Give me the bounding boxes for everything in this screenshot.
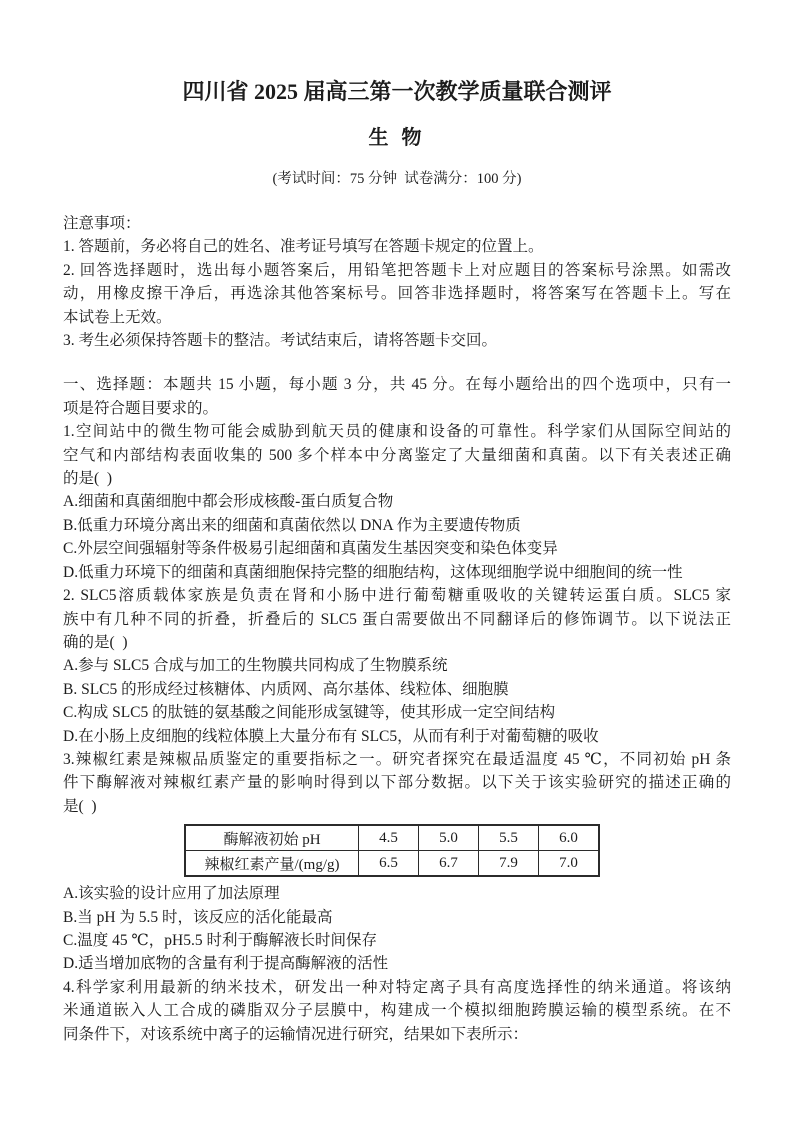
notice-item-1: 1. 答题前，务必将自己的姓名、准考证号填写在答题卡规定的位置上。 [63, 235, 731, 258]
notice-item-2-line-2: 动，用橡皮擦干净后，再选涂其他答案标号。回答非选择题时，将答案写在答题卡上。写在 [63, 282, 731, 305]
page-title: 四川省 2025 届高三第一次教学质量联合测评 [63, 78, 731, 105]
question-3-stem-line-1: 3.辣椒红素是辣椒品质鉴定的重要指标之一。研究者探究在最适温度 45 ℃，不同初… [63, 748, 731, 771]
question-1: 1.空间站中的微生物可能会威胁到航天员的健康和设备的可靠性。科学家们从国际空间站… [63, 420, 731, 584]
notice-item-2-line-3: 本试卷上无效。 [63, 306, 731, 329]
question-1-option-c: C.外层空间强辐射等条件极易引起细菌和真菌发生基因突变和染色体变异 [63, 537, 731, 560]
table-cell: 6.0 [539, 825, 600, 851]
exam-paper-page: 四川省 2025 届高三第一次教学质量联合测评 生 物 (考试时间：75 分钟 … [0, 0, 793, 1121]
section-heading-line-1: 一、选择题：本题共 15 小题，每小题 3 分，共 45 分。在每小题给出的四个… [63, 373, 731, 396]
question-2-stem-line-1: 2. SLC5溶质载体家族是负责在肾和小肠中进行葡萄糖重吸收的关键转运蛋白质。S… [63, 584, 731, 607]
question-2-option-a: A.参与 SLC5 合成与加工的生物膜共同构成了生物膜系统 [63, 654, 731, 677]
question-2-option-c: C.构成 SLC5 的肽链的氨基酸之间能形成氢键等，使其形成一定空间结构 [63, 701, 731, 724]
table-cell: 7.0 [539, 851, 600, 877]
exam-info: (考试时间：75 分钟 试卷满分：100 分) [63, 169, 731, 189]
section-heading-line-2: 项是符合题目要求的。 [63, 397, 731, 420]
question-3: 3.辣椒红素是辣椒品质鉴定的重要指标之一。研究者探究在最适温度 45 ℃，不同初… [63, 748, 731, 976]
ph-yield-data-table: 酶解液初始 pH 4.5 5.0 5.5 6.0 辣椒红素产量/(mg/g) 6… [184, 824, 600, 877]
question-3-option-a: A.该实验的设计应用了加法原理 [63, 882, 731, 905]
question-3-stem-line-2: 件下酶解液对辣椒红素产量的影响时得到以下部分数据。以下关于该实验研究的描述正确的 [63, 771, 731, 794]
table-cell: 7.9 [479, 851, 539, 877]
question-2: 2. SLC5溶质载体家族是负责在肾和小肠中进行葡萄糖重吸收的关键转运蛋白质。S… [63, 584, 731, 748]
question-3-option-c: C.温度 45 ℃，pH5.5 时利于酶解液长时间保存 [63, 929, 731, 952]
table-row-ph: 酶解液初始 pH 4.5 5.0 5.5 6.0 [185, 825, 599, 851]
table-cell: 6.7 [419, 851, 479, 877]
question-1-option-d: D.低重力环境下的细菌和真菌细胞保持完整的细胞结构，这体现细胞学说中细胞间的统一… [63, 561, 731, 584]
table-row-yield-label: 辣椒红素产量/(mg/g) [185, 851, 359, 877]
notice-block: 注意事项： 1. 答题前，务必将自己的姓名、准考证号填写在答题卡规定的位置上。 … [63, 212, 731, 352]
table-cell: 5.0 [419, 825, 479, 851]
question-2-option-b: B. SLC5 的形成经过核糖体、内质网、高尔基体、线粒体、细胞膜 [63, 678, 731, 701]
question-3-option-d: D.适当增加底物的含量有利于提高酶解液的活性 [63, 952, 731, 975]
question-3-option-b: B.当 pH 为 5.5 时，该反应的活化能最高 [63, 906, 731, 929]
table-row-ph-label: 酶解液初始 pH [185, 825, 359, 851]
question-2-option-d: D.在小肠上皮细胞的线粒体膜上大量分布有 SLC5，从而有利于对葡萄糖的吸收 [63, 725, 731, 748]
question-4: 4.科学家利用最新的纳米技术，研发出一种对特定离子具有高度选择性的纳米通道。将该… [63, 976, 731, 1046]
question-3-stem-line-3: 是( ) [63, 795, 731, 818]
question-4-stem-line-1: 4.科学家利用最新的纳米技术，研发出一种对特定离子具有高度选择性的纳米通道。将该… [63, 976, 731, 999]
question-4-stem-line-3: 同条件下，对该系统中离子的运输情况进行研究，结果如下表所示： [63, 1023, 731, 1046]
notice-heading: 注意事项： [63, 212, 731, 235]
question-4-stem-line-2: 米通道嵌入人工合成的磷脂双分子层膜中，构建成一个模拟细胞跨膜运输的模型系统。在不 [63, 999, 731, 1022]
table-cell: 4.5 [359, 825, 419, 851]
notice-item-3: 3. 考生必须保持答题卡的整洁。考试结束后，请将答题卡交回。 [63, 329, 731, 352]
table-cell: 5.5 [479, 825, 539, 851]
table-row-yield: 辣椒红素产量/(mg/g) 6.5 6.7 7.9 7.0 [185, 851, 599, 877]
table-cell: 6.5 [359, 851, 419, 877]
notice-item-2-line-1: 2. 回答选择题时，选出每小题答案后，用铅笔把答题卡上对应题目的答案标号涂黑。如… [63, 259, 731, 282]
question-2-stem-line-3: 确的是( ) [63, 631, 731, 654]
question-1-option-b: B.低重力环境分离出来的细菌和真菌依然以 DNA 作为主要遗传物质 [63, 514, 731, 537]
section-heading-block: 一、选择题：本题共 15 小题，每小题 3 分，共 45 分。在每小题给出的四个… [63, 373, 731, 420]
question-1-stem-line-3: 的是( ) [63, 467, 731, 490]
question-1-stem-line-2: 空气和内部结构表面收集的 500 多个样本中分离鉴定了大量细菌和真菌。以下有关表… [63, 444, 731, 467]
subject-title: 生 物 [63, 126, 731, 150]
question-1-option-a: A.细菌和真菌细胞中都会形成核酸-蛋白质复合物 [63, 490, 731, 513]
question-1-stem-line-1: 1.空间站中的微生物可能会威胁到航天员的健康和设备的可靠性。科学家们从国际空间站… [63, 420, 731, 443]
question-2-stem-line-2: 族中有几种不同的折叠，折叠后的 SLC5 蛋白需要做出不同翻译后的修饰调节。以下… [63, 608, 731, 631]
